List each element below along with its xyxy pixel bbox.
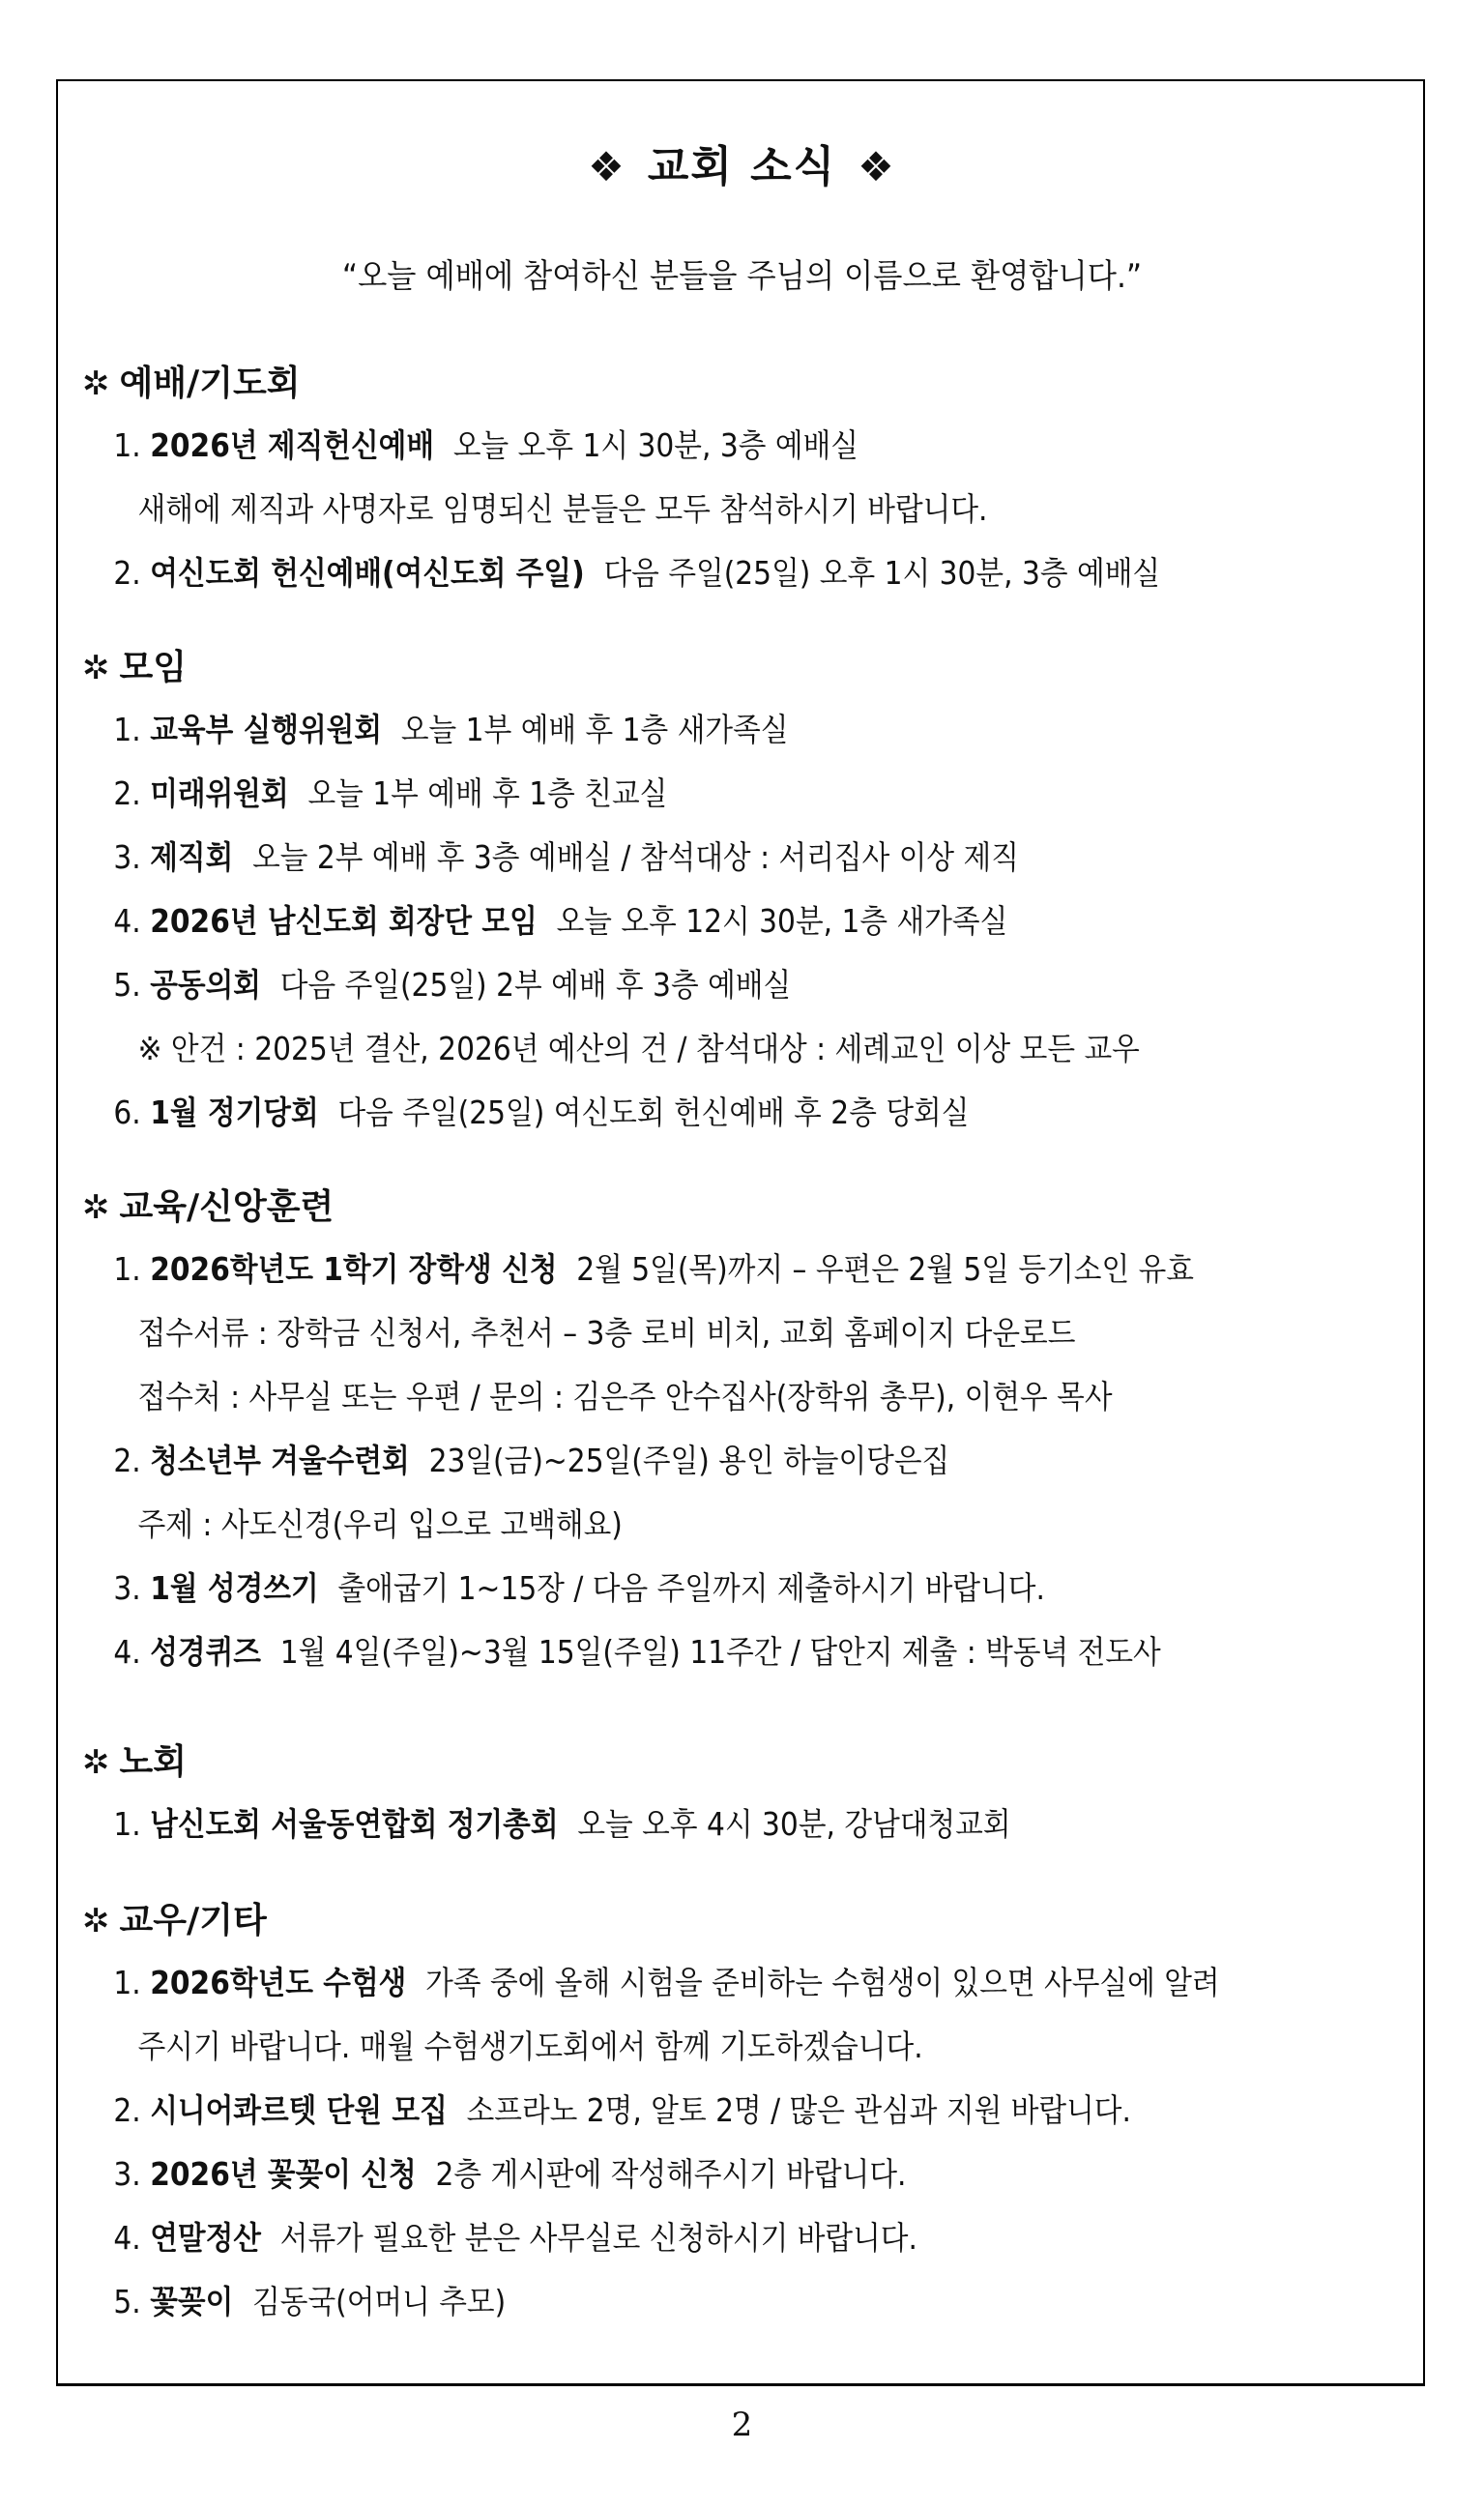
item-label: 남신도회 서울동연합회 정기총회 [150,1805,558,1843]
list-item-detail: 새해에 제직과 사명자로 임명되신 분들은 모두 참석하시기 바랍니다. [82,478,1426,541]
item-description: 다음 주일(25일) 여신도회 헌신예배 후 2층 당회실 [337,1094,969,1131]
item-number: 1. [113,426,140,464]
flower-star-icon: ✲ [82,649,110,687]
item-description: 오늘 오후 12시 30분, 1층 새가족실 [557,902,1008,940]
item-number: 5. [113,2283,140,2320]
section-heading: ✲교육/신앙훈련 [82,1178,1407,1238]
item-number: 2. [113,554,140,592]
item-label: 2026년 남신도회 회장단 모임 [150,902,538,940]
list-item-detail: ※ 안건 : 2025년 결산, 2026년 예산의 건 / 참석대상 : 세례… [82,1017,1426,1081]
item-description: 오늘 1부 예배 후 1층 친교실 [307,774,667,812]
title-text: 교회 소식 [648,142,836,191]
list-item: 4. 성경퀴즈1월 4일(주일)~3월 15일(주일) 11주간 / 답안지 제… [82,1620,1401,1684]
item-number: 3. [113,838,140,876]
item-description: 다음 주일(25일) 2부 예배 후 3층 예배실 [280,966,791,1004]
item-description: 출애굽기 1~15장 / 다음 주일까지 제출하시기 바랍니다. [337,1569,1044,1607]
item-number: 4. [113,1633,140,1671]
section-heading: ✲교우/기타 [82,1891,1407,1951]
item-description: 김동국(어머니 추모) [252,2283,506,2320]
notice-content: ✲예배/기도회1. 2026년 제직헌신예배오늘 오후 1시 30분, 3층 예… [82,354,1407,2334]
item-label: 성경퀴즈 [150,1633,261,1671]
item-label: 여신도회 헌신예배(여신도회 주일) [150,554,584,592]
section-title: 예배/기도회 [120,364,301,403]
item-description: 1월 4일(주일)~3월 15일(주일) 11주간 / 답안지 제출 : 박동녁… [280,1633,1161,1671]
item-number: 4. [113,902,140,940]
page-number: 2 [0,2406,1484,2444]
section-title: 교우/기타 [120,1901,267,1940]
section-title: 노회 [120,1742,188,1782]
section-gap [82,1145,1407,1178]
section-heading: ✲노회 [82,1733,1407,1793]
item-label: 2026년 꽃꽂이 신청 [150,2155,416,2193]
item-label: 2026학년도 1학기 장학생 신청 [150,1250,557,1288]
list-item: 4. 2026년 남신도회 회장단 모임오늘 오후 12시 30분, 1층 새가… [82,890,1401,953]
list-item: 5. 꽃꽂이김동국(어머니 추모) [82,2270,1401,2334]
section: ✲교우/기타1. 2026학년도 수험생가족 중에 올해 시험을 준비하는 수험… [82,1891,1407,2334]
list-item: 1. 남신도회 서울동연합회 정기총회오늘 오후 4시 30분, 강남대청교회 [82,1793,1401,1856]
section: ✲예배/기도회1. 2026년 제직헌신예배오늘 오후 1시 30분, 3층 예… [82,354,1407,605]
section-gap [82,1684,1407,1733]
section: ✲노회1. 남신도회 서울동연합회 정기총회오늘 오후 4시 30분, 강남대청… [82,1733,1407,1856]
item-description: 가족 중에 올해 시험을 준비하는 수험생이 있으면 사무실에 알려 [425,1964,1219,2001]
item-number: 3. [113,1569,140,1607]
section-heading: ✲예배/기도회 [82,354,1407,414]
item-number: 6. [113,1094,140,1131]
item-description: 2층 게시판에 작성해주시기 바랍니다. [435,2155,906,2193]
item-label: 미래위원회 [150,774,288,812]
welcome-quote: “오늘 예배에 참여하신 분들을 주님의 이름으로 환영합니다.” [59,249,1424,297]
item-number: 2. [113,2091,140,2129]
item-number: 5. [113,966,140,1004]
list-item: 2. 청소년부 겨울수련회23일(금)~25일(주일) 용인 하늘이당은집 [82,1429,1401,1493]
list-item: 6. 1월 정기당회다음 주일(25일) 여신도회 헌신예배 후 2층 당회실 [82,1081,1401,1145]
item-label: 공동의회 [150,966,261,1004]
item-description: 23일(금)~25일(주일) 용인 하늘이당은집 [429,1442,950,1479]
list-item: 2. 미래위원회오늘 1부 예배 후 1층 친교실 [82,762,1401,826]
item-label: 청소년부 겨울수련회 [150,1442,410,1479]
list-item: 1. 2026학년도 1학기 장학생 신청2월 5일(목)까지 – 우편은 2월… [82,1238,1401,1301]
item-description: 오늘 1부 예배 후 1층 새가족실 [401,711,789,748]
item-label: 시니어콰르텟 단원 모집 [150,2091,448,2129]
flower-star-icon: ✲ [82,1743,110,1782]
list-item: 4. 연말정산서류가 필요한 분은 사무실로 신청하시기 바랍니다. [82,2206,1401,2270]
list-item: 1. 2026학년도 수험생가족 중에 올해 시험을 준비하는 수험생이 있으면… [82,1951,1401,2015]
list-item: 1. 교육부 실행위원회오늘 1부 예배 후 1층 새가족실 [82,698,1401,762]
item-description: 서류가 필요한 분은 사무실로 신청하시기 바랍니다. [280,2219,917,2257]
item-description: 오늘 오후 1시 30분, 3층 예배실 [453,426,858,464]
list-item-detail: 접수서류 : 장학금 신청서, 추천서 – 3층 로비 비치, 교회 홈페이지 … [82,1301,1426,1365]
item-number: 1. [113,711,140,748]
item-description: 오늘 2부 예배 후 3층 예배실 / 참석대상 : 서리집사 이상 제직 [252,838,1019,876]
list-item: 1. 2026년 제직헌신예배오늘 오후 1시 30분, 3층 예배실 [82,414,1401,478]
item-label: 교육부 실행위원회 [150,711,382,748]
item-description: 오늘 오후 4시 30분, 강남대청교회 [577,1805,1010,1843]
page-title: ❖교회 소식❖ [0,131,1484,193]
section-title: 모임 [120,648,188,687]
flower-star-icon: ✲ [82,1902,110,1940]
list-item: 3. 2026년 꽃꽂이 신청2층 게시판에 작성해주시기 바랍니다. [82,2143,1401,2206]
item-number: 3. [113,2155,140,2193]
list-item-detail: 주시기 바랍니다. 매월 수험생기도회에서 함께 기도하겠습니다. [82,2015,1426,2079]
item-label: 2026학년도 수험생 [150,1964,406,2001]
list-item: 3. 제직회오늘 2부 예배 후 3층 예배실 / 참석대상 : 서리집사 이상… [82,826,1401,890]
section-gap [82,605,1407,638]
section: ✲모임1. 교육부 실행위원회오늘 1부 예배 후 1층 새가족실2. 미래위원… [82,638,1407,1145]
item-number: 1. [113,1805,140,1843]
section-gap [82,1856,1407,1891]
item-description: 소프라노 2명, 알토 2명 / 많은 관심과 지원 바랍니다. [467,2091,1131,2129]
item-number: 4. [113,2219,140,2257]
item-number: 1. [113,1964,140,2001]
item-description: 2월 5일(목)까지 – 우편은 2월 5일 등기소인 유효 [576,1250,1194,1288]
list-item-detail: 주제 : 사도신경(우리 입으로 고백해요) [82,1493,1426,1557]
list-item-detail: 접수처 : 사무실 또는 우편 / 문의 : 김은주 안수집사(장학위 총무),… [82,1365,1426,1429]
item-label: 1월 성경쓰기 [150,1569,318,1607]
list-item: 3. 1월 성경쓰기출애굽기 1~15장 / 다음 주일까지 제출하시기 바랍니… [82,1557,1401,1620]
item-label: 1월 정기당회 [150,1094,318,1131]
list-item: 2. 시니어콰르텟 단원 모집소프라노 2명, 알토 2명 / 많은 관심과 지… [82,2079,1401,2143]
item-label: 꽃꽂이 [150,2283,233,2320]
flower-star-icon: ✲ [82,1188,110,1227]
diamond-ornament-icon: ❖ [588,143,626,190]
section-heading: ✲모임 [82,638,1407,698]
item-number: 2. [113,1442,140,1479]
item-number: 1. [113,1250,140,1288]
item-number: 2. [113,774,140,812]
section: ✲교육/신앙훈련1. 2026학년도 1학기 장학생 신청2월 5일(목)까지 … [82,1178,1407,1684]
item-label: 연말정산 [150,2219,261,2257]
item-label: 2026년 제직헌신예배 [150,426,434,464]
diamond-ornament-icon: ❖ [858,143,896,190]
section-title: 교육/신앙훈련 [120,1187,335,1227]
list-item: 2. 여신도회 헌신예배(여신도회 주일)다음 주일(25일) 오후 1시 30… [82,541,1401,605]
item-label: 제직회 [150,838,233,876]
flower-star-icon: ✲ [82,365,110,403]
item-description: 다음 주일(25일) 오후 1시 30분, 3층 예배실 [603,554,1160,592]
list-item: 5. 공동의회다음 주일(25일) 2부 예배 후 3층 예배실 [82,953,1401,1017]
